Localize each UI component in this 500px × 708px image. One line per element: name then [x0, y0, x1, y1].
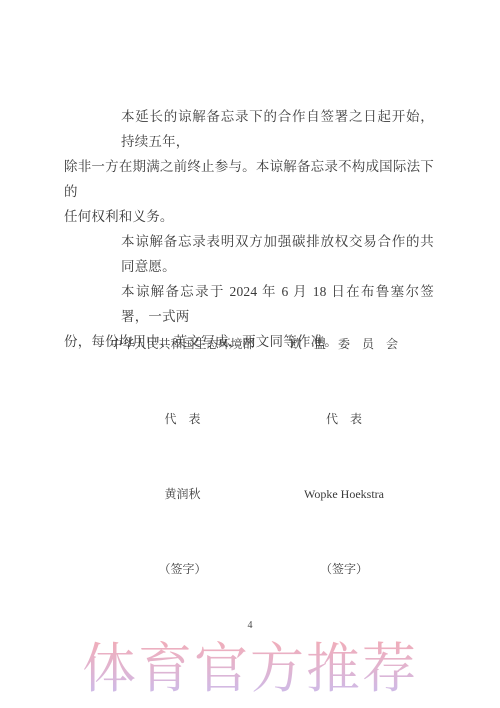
body-line: 本谅解备忘录表明双方加强碳排放权交易合作的共同意愿。: [64, 229, 434, 279]
signature-sign-label: （签字）: [255, 557, 433, 582]
signature-name: Wopke Hoekstra: [255, 482, 433, 507]
body-line: 本延长的谅解备忘录下的合作自签署之日起开始，持续五年，: [64, 104, 434, 154]
signature-name: 黄润秋: [90, 482, 275, 507]
body-line: 除非一方在期满之前终止参与。本谅解备忘录不构成国际法下的: [64, 154, 434, 204]
signature-party: 中华人民共和国生态环境部: [90, 332, 275, 357]
signature-column-china: 中华人民共和国生态环境部 代 表 黄润秋 （签字）: [90, 282, 275, 632]
watermark-text: 体育官方推荐: [82, 626, 418, 703]
signature-role: 代 表: [90, 407, 275, 432]
signature-sign-label: （签字）: [90, 557, 275, 582]
document-page: 本延长的谅解备忘录下的合作自签署之日起开始，持续五年， 除非一方在期满之前终止参…: [0, 0, 500, 708]
page-number: 4: [0, 620, 500, 631]
signature-role: 代 表: [255, 407, 433, 432]
signature-party: 欧 盟 委 员 会: [255, 332, 433, 357]
body-line: 任何权利和义务。: [64, 204, 434, 229]
signature-column-eu: 欧 盟 委 员 会 代 表 Wopke Hoekstra （签字）: [255, 282, 433, 632]
